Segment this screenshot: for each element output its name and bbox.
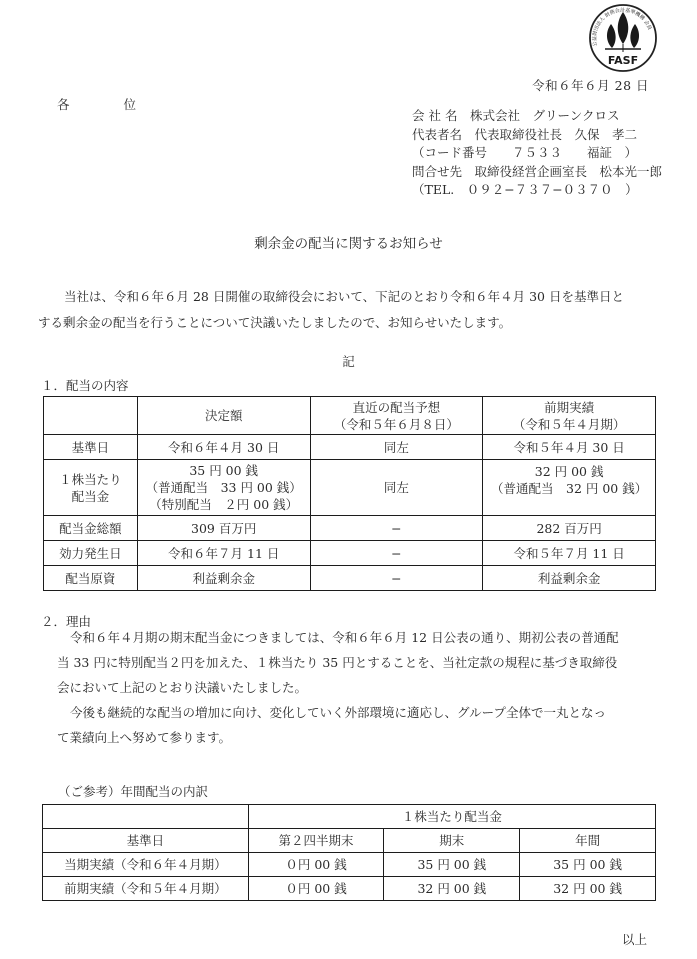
header-record-date: 基準日: [43, 829, 249, 853]
reason-line-1: 令和６年４月期の期末配当金につきましては、令和６年６月 12 日公表の通り、期初…: [70, 630, 619, 645]
header-decided: 決定額: [137, 397, 310, 435]
representative: 代表者名 代表取締役社長 久保 孝二: [412, 126, 662, 145]
cell-decided: 令和６年４月 30 日: [137, 435, 310, 460]
cell-annual: 35 円 00 銭: [520, 853, 656, 877]
cell-forecast: −: [310, 566, 483, 591]
contact-person: 問合せ先 取締役経営企画室長 松本光一郎: [412, 163, 662, 182]
cell-previous: 令和５年７月 11 日: [483, 541, 656, 566]
ki-marker: 記: [0, 352, 697, 370]
cell-forecast: 同左: [310, 460, 483, 516]
page-title: 剰余金の配当に関するお知らせ: [0, 232, 697, 252]
table-header-row: 決定額 直近の配当予想（令和５年６月８日） 前期実績（令和５年４月期）: [44, 397, 656, 435]
cell-fiscal-end: 32 円 00 銭: [384, 877, 520, 901]
cell-previous: 令和５年４月 30 日: [483, 435, 656, 460]
table-row: 効力発生日 令和６年７月 11 日 − 令和５年７月 11 日: [44, 541, 656, 566]
cell-forecast: −: [310, 516, 483, 541]
table-row: １株当たり配当金 35 円 00 銭（普通配当 33 円 00 銭）（特別配当 …: [44, 460, 656, 516]
cell-previous: 282 百万円: [483, 516, 656, 541]
cell-q2-end: ０円 00 銭: [248, 853, 384, 877]
header-fiscal-end: 期末: [384, 829, 520, 853]
row-label: 配当原資: [44, 566, 138, 591]
reference-heading: （ご参考）年間配当の内訳: [58, 782, 208, 800]
table-row: 当期実績（令和６年４月期） ０円 00 銭 35 円 00 銭 35 円 00 …: [43, 853, 656, 877]
intro-line-2: する剰余金の配当を行うことについて決議いたしましたので、お知らせいたします。: [38, 315, 511, 330]
section-1-heading: １．配当の内容: [41, 376, 129, 394]
cell-previous: 32 円 00 銭（普通配当 32 円 00 銭）: [483, 460, 656, 516]
table-group-header-row: １株当たり配当金: [43, 805, 656, 829]
addressee: 各 位: [57, 95, 136, 113]
header-previous: 前期実績（令和５年４月期）: [483, 397, 656, 435]
row-label: １株当たり配当金: [44, 460, 138, 516]
table-row: 配当原資 利益剰余金 − 利益剰余金: [44, 566, 656, 591]
fasf-logo: FASF 公益財団法人 財務会計基準機構 会員: [583, 2, 663, 74]
row-label: 配当金総額: [44, 516, 138, 541]
closing-mark: 以上: [622, 930, 647, 948]
cell-decided: 309 百万円: [137, 516, 310, 541]
row-label: 当期実績（令和６年４月期）: [43, 853, 249, 877]
header-per-share-dividend: １株当たり配当金: [248, 805, 655, 829]
row-label: 前期実績（令和５年４月期）: [43, 877, 249, 901]
company-info: 会 社 名 株式会社 グリーンクロス 代表者名 代表取締役社長 久保 孝二 （コ…: [412, 107, 662, 200]
table-row: 配当金総額 309 百万円 − 282 百万円: [44, 516, 656, 541]
cell-forecast: −: [310, 541, 483, 566]
header-empty: [43, 805, 249, 829]
row-label: 基準日: [44, 435, 138, 460]
row-label: 効力発生日: [44, 541, 138, 566]
cell-decided: 令和６年７月 11 日: [137, 541, 310, 566]
cell-previous: 利益剰余金: [483, 566, 656, 591]
addressee-char-2: 位: [123, 95, 136, 113]
cell-annual: 32 円 00 銭: [520, 877, 656, 901]
table-header-row: 基準日 第２四半期末 期末 年間: [43, 829, 656, 853]
header-q2-end: 第２四半期末: [248, 829, 384, 853]
header-forecast: 直近の配当予想（令和５年６月８日）: [310, 397, 483, 435]
table-row: 基準日 令和６年４月 30 日 同左 令和５年４月 30 日: [44, 435, 656, 460]
fasf-leaf-emblem-icon: FASF 公益財団法人 財務会計基準機構 会員: [583, 2, 663, 74]
cell-decided: 利益剰余金: [137, 566, 310, 591]
contact-phone: （TEL. ０９２−７３７−０３７０ ）: [412, 181, 662, 200]
annual-dividend-table: １株当たり配当金 基準日 第２四半期末 期末 年間 当期実績（令和６年４月期） …: [42, 804, 656, 901]
addressee-char-1: 各: [57, 95, 70, 113]
header-empty: [44, 397, 138, 435]
document-date: 令和６年６月 28 日: [532, 76, 649, 94]
logo-text: FASF: [608, 54, 638, 67]
reason-paragraph: 令和６年４月期の期末配当金につきましては、令和６年６月 12 日公表の通り、期初…: [57, 625, 662, 750]
cell-fiscal-end: 35 円 00 銭: [384, 853, 520, 877]
reason-line-5: て業績向上へ努めて参ります。: [57, 730, 231, 745]
cell-forecast: 同左: [310, 435, 483, 460]
cell-decided: 35 円 00 銭（普通配当 33 円 00 銭）（特別配当 ２円 00 銭）: [137, 460, 310, 516]
intro-line-1: 当社は、令和６年６月 28 日開催の取締役会において、下記のとおり令和６年４月 …: [64, 289, 624, 304]
reason-line-2: 当 33 円に特別配当２円を加えた、１株当たり 35 円とすることを、当社定款の…: [57, 655, 617, 670]
reason-line-3: 会において上記のとおり決議いたしました。: [57, 680, 307, 695]
header-annual: 年間: [520, 829, 656, 853]
intro-paragraph: 当社は、令和６年６月 28 日開催の取締役会において、下記のとおり令和６年４月 …: [38, 284, 663, 336]
table-row: 前期実績（令和５年４月期） ０円 00 銭 32 円 00 銭 32 円 00 …: [43, 877, 656, 901]
company-name: 会 社 名 株式会社 グリーンクロス: [412, 107, 662, 126]
stock-code: （コード番号 ７５３３ 福証 ）: [412, 144, 662, 163]
cell-q2-end: ０円 00 銭: [248, 877, 384, 901]
dividend-details-table: 決定額 直近の配当予想（令和５年６月８日） 前期実績（令和５年４月期） 基準日 …: [43, 396, 656, 591]
reason-line-4: 今後も継続的な配当の増加に向け、変化していく外部環境に適応し、グループ全体で一丸…: [70, 705, 606, 720]
